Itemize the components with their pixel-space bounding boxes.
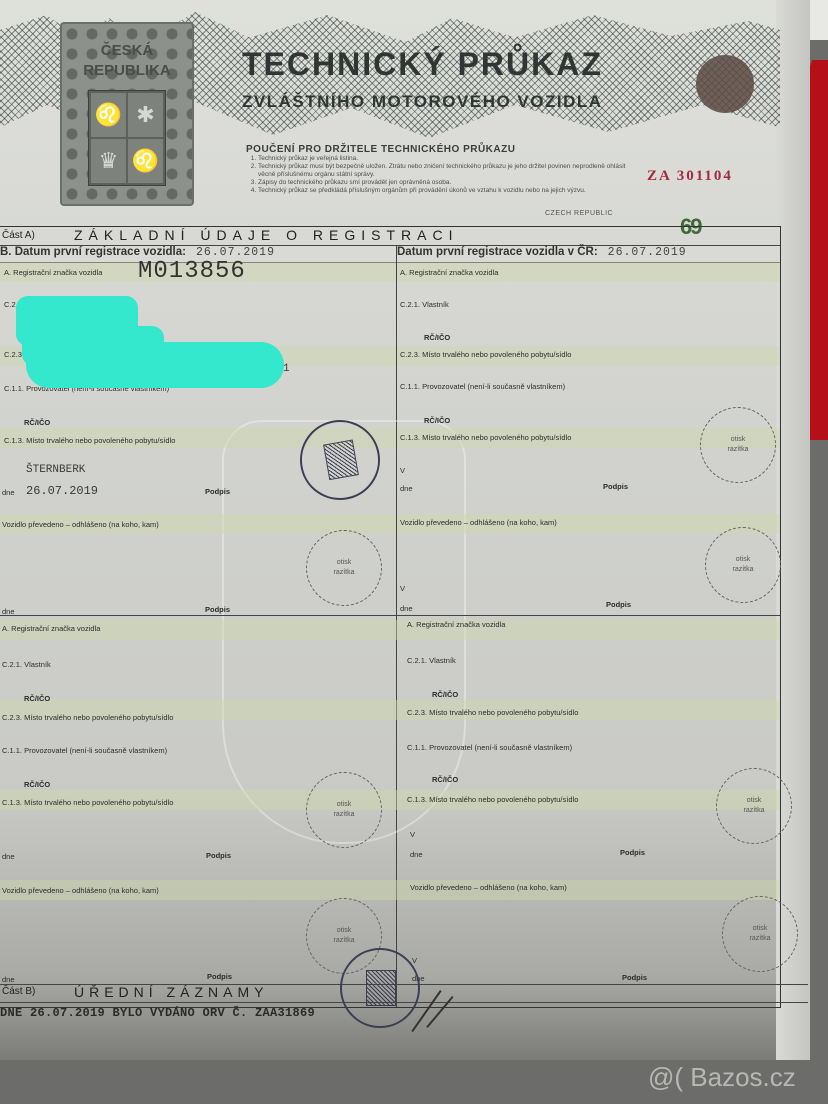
rc-label: RČ/IČO	[424, 416, 450, 425]
dne-label: dne	[2, 488, 15, 497]
transfer-label: Vozidlo převedeno – odhlášeno (na koho, …	[2, 886, 159, 895]
operator-address-label: C.1.3. Místo trvalého nebo povoleného po…	[2, 798, 173, 807]
first-registration-cz: Datum první registrace vozidla v ČR:26.0…	[397, 245, 780, 263]
signature-label: Podpis	[205, 605, 230, 614]
divider	[0, 615, 780, 616]
stamp-placeholder: otiskrazítka	[716, 768, 792, 844]
signature-label: Podpis	[206, 851, 231, 860]
part-b-label: Část B)	[2, 986, 35, 997]
official-stamp-icon	[340, 948, 420, 1028]
entry-date: 26.07.2019	[26, 484, 98, 498]
registration-plate-value: M013856	[138, 258, 246, 285]
part-b-title: ÚŘEDNÍ ZÁZNAMY	[74, 984, 268, 1000]
instruction-item: Zápisy do technického průkazu smí provád…	[258, 179, 626, 187]
first-registration-cz-label: Datum první registrace vozidla v ČR:	[397, 246, 598, 258]
owner-label: C.2.1. Vlastník	[2, 660, 51, 669]
plate-label: A. Registrační značka vozidla	[400, 268, 498, 277]
signature-label: Podpis	[620, 848, 645, 857]
czech-crest-hologram: ČESKÁ REPUBLIKA ♌✱♛♌	[60, 22, 194, 206]
entry-place: ŠTERNBERK	[26, 464, 85, 476]
transfer-label: Vozidlo převedeno – odhlášeno (na koho, …	[410, 883, 567, 892]
dne-label: dne	[2, 975, 15, 984]
operator-address-label: C.1.3. Místo trvalého nebo povoleného po…	[4, 436, 175, 445]
signature-label: Podpis	[603, 482, 628, 491]
operator-address-label: C.1.3. Místo trvalého nebo povoleného po…	[407, 795, 578, 804]
v-label: V	[412, 956, 417, 965]
signature-label: Podpis	[622, 973, 647, 982]
rc-label: RČ/IČO	[432, 775, 458, 784]
coat-of-arms-icon: ♌✱♛♌	[88, 90, 166, 186]
paper-margin	[776, 0, 810, 1060]
official-record: DNE 26.07.2019 BYLO VYDÁNO ORV Č. ZAA318…	[0, 1006, 315, 1020]
seal-icon	[696, 55, 754, 113]
owner-address-label: C.2.3. Místo trvalého nebo povoleného po…	[407, 708, 578, 717]
signature-label: Podpis	[207, 972, 232, 981]
crest-line1: ČESKÁ	[62, 42, 192, 59]
part-a-title: ZÁKLADNÍ ÚDAJE O REGISTRACI	[74, 227, 458, 243]
transfer-label: Vozidlo převedeno – odhlášeno (na koho, …	[2, 520, 159, 529]
rc-label: RČ/IČO	[24, 694, 50, 703]
rc-label: RČ/IČO	[24, 780, 50, 789]
bazos-watermark: @( Bazos.cz	[648, 1062, 796, 1093]
crest-line2: REPUBLIKA	[62, 62, 192, 79]
instruction-item: Technický průkaz musí být bezpečně ulože…	[258, 163, 626, 179]
first-registration-cz-date: 26.07.2019	[608, 246, 687, 259]
instructions-title: POUČENÍ PRO DRŽITELE TECHNICKÉHO PRŮKAZU	[246, 144, 626, 155]
owner-address-label: C.2.3. Místo trvalého nebo povoleného po…	[400, 350, 571, 359]
v-label: V	[400, 584, 405, 593]
stamp-placeholder: otiskrazítka	[700, 407, 776, 483]
first-registration-label: B. Datum první registrace vozidla:	[0, 246, 186, 258]
signature-label: Podpis	[205, 487, 230, 496]
serial-number: ZA 301104	[647, 168, 733, 185]
part-a-label: Část A)	[2, 230, 35, 241]
instructions: POUČENÍ PRO DRŽITELE TECHNICKÉHO PRŮKAZU…	[246, 144, 626, 195]
rc-label: RČ/IČO	[424, 333, 450, 342]
rc-label: RČ/IČO	[432, 690, 458, 699]
v-label: V	[400, 466, 405, 475]
document-title: TECHNICKÝ PRŮKAZ	[242, 46, 603, 83]
country-label: CZECH REPUBLIC	[545, 210, 613, 217]
stamp-placeholder: otiskrazítka	[306, 530, 382, 606]
technical-certificate-document: ČESKÁ REPUBLIKA ♌✱♛♌ TECHNICKÝ PRŮKAZ ZV…	[0, 0, 808, 1060]
dne-label: dne	[400, 484, 413, 493]
plate-label: A. Registrační značka vozidla	[407, 620, 505, 629]
instruction-item: Technický průkaz je veřejná listina.	[258, 155, 626, 163]
dne-label: dne	[410, 850, 423, 859]
owner-label: C.2.1. Vlastník	[400, 300, 449, 309]
stamp-placeholder: otiskrazítka	[306, 772, 382, 848]
operator-label: C.1.1. Provozovatel (není-li současně vl…	[400, 382, 565, 391]
rc-label: RČ/IČO	[24, 418, 50, 427]
instruction-item: Technický průkaz se předkládá příslušným…	[258, 187, 626, 195]
dne-label: dne	[2, 852, 15, 861]
owner-address-label: C.2.3. Místo trvalého nebo povoleného po…	[2, 713, 173, 722]
stamp-placeholder: otiskrazítka	[705, 527, 781, 603]
signature-label: Podpis	[606, 600, 631, 609]
dne-label: dne	[400, 604, 413, 613]
band	[0, 620, 780, 640]
transfer-label: Vozidlo převedeno – odhlášeno (na koho, …	[400, 518, 557, 527]
redaction-mark	[26, 342, 284, 388]
operator-address-label: C.1.3. Místo trvalého nebo povoleného po…	[400, 433, 571, 442]
stamp-placeholder: otiskrazítka	[722, 896, 798, 972]
owner-label: C.2.1. Vlastník	[407, 656, 456, 665]
document-subtitle: ZVLÁŠTNÍHO MOTOROVÉHO VOZIDLA	[242, 92, 603, 112]
operator-label: C.1.1. Provozovatel (není-li současně vl…	[407, 743, 572, 752]
plate-label: A. Registrační značka vozidla	[2, 624, 100, 633]
part-a-header: Část A) ZÁKLADNÍ ÚDAJE O REGISTRACI	[2, 229, 780, 245]
plate-label: A. Registrační značka vozidla	[4, 268, 102, 277]
operator-label: C.1.1. Provozovatel (není-li současně vl…	[2, 746, 167, 755]
v-label: V	[410, 830, 415, 839]
